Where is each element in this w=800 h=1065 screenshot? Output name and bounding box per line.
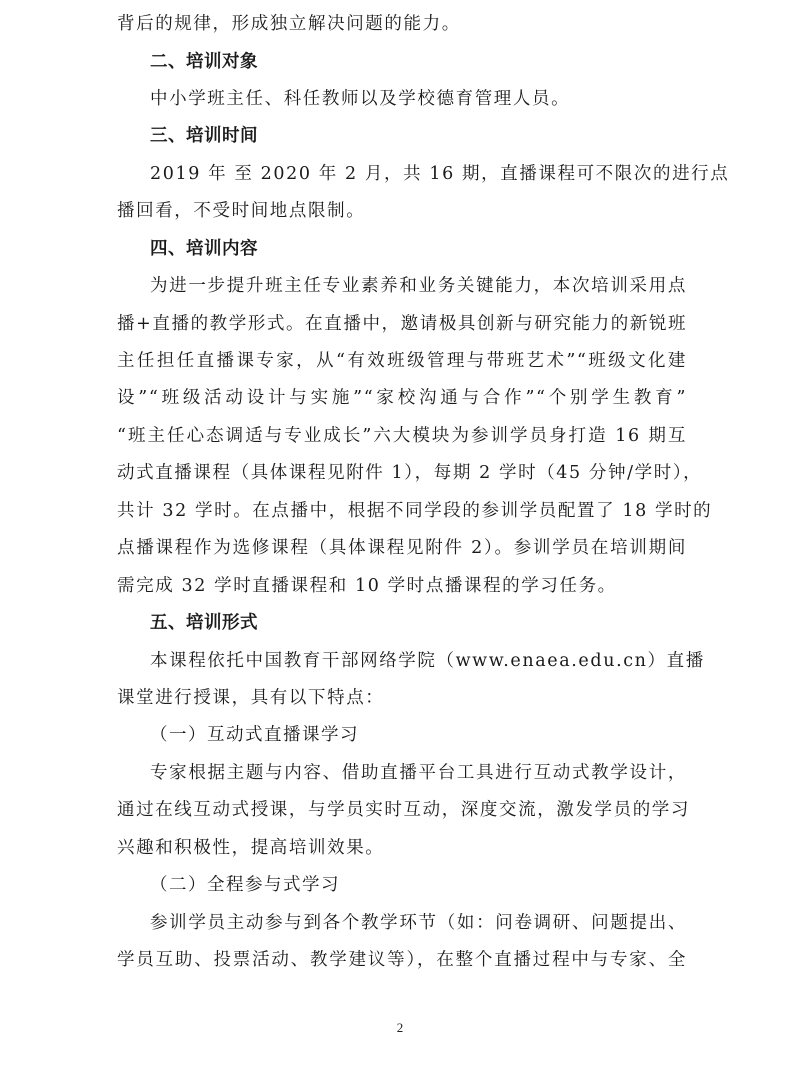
section-heading: 三、培训时间: [150, 122, 258, 147]
body-text-line: 主任担任直播课专家，从“有效班级管理与带班艺术”“班级文化建: [117, 347, 687, 372]
paragraph-first-line: 为进一步提升班主任专业素养和业务关键能力，本次培训采用点: [150, 272, 687, 297]
subsection-heading: （一）互动式直播课学习: [150, 721, 359, 746]
body-text-line: 共计 32 学时。在点播中，根据不同学段的参训学员配置了 18 学时的: [117, 497, 687, 522]
body-text-line: 通过在线互动式授课，与学员实时互动，深度交流，激发学员的学习: [117, 796, 687, 821]
section-heading: 五、培训形式: [150, 609, 258, 634]
body-text-line: 兴趣和积极性，提高培训效果。: [117, 834, 384, 859]
subsection-heading: （二）全程参与式学习: [150, 871, 340, 896]
body-text-line: 点播课程作为选修课程（具体课程见附件 2）。参训学员在培训期间: [117, 534, 687, 559]
body-text-line: 动式直播课程（具体课程见附件 1），每期 2 学时（45 分钟/学时），: [117, 459, 687, 484]
paragraph-first-line: 本课程依托中国教育干部网络学院（www.enaea.edu.cn）直播: [150, 647, 687, 672]
paragraph-first-line: 2019 年 至 2020 年 2 月，共 16 期，直播课程可不限次的进行点: [150, 160, 687, 185]
body-text-line: 学员互助、投票活动、教学建议等），在整个直播过程中与专家、全: [117, 946, 687, 971]
section-heading: 四、培训内容: [150, 235, 258, 260]
page-number: 2: [0, 1020, 800, 1036]
paragraph-first-line: 参训学员主动参与到各个教学环节（如：问卷调研、问题提出、: [150, 909, 687, 934]
paragraph-first-line: 中小学班主任、科任教师以及学校德育管理人员。: [150, 85, 570, 110]
body-text-line: 播+直播的教学形式。在直播中，邀请极具创新与研究能力的新锐班: [117, 310, 687, 335]
body-text-line: 播回看，不受时间地点限制。: [117, 197, 365, 222]
section-heading: 二、培训对象: [150, 48, 258, 73]
body-text-line: 需完成 32 学时直播课程和 10 学时点播课程的学习任务。: [117, 572, 617, 597]
body-text-line: 设”“班级活动设计与实施”“家校沟通与合作”“个别学生教育”: [117, 384, 687, 409]
body-text-line: 背后的规律，形成独立解决问题的能力。: [117, 10, 461, 35]
body-text-line: 课堂进行授课，具有以下特点：: [117, 684, 384, 709]
body-text-line: “班主任心态调适与专业成长”六大模块为参训学员身打造 16 期互: [117, 422, 687, 447]
paragraph-first-line: 专家根据主题与内容、借助直播平台工具进行互动式教学设计，: [150, 759, 687, 784]
